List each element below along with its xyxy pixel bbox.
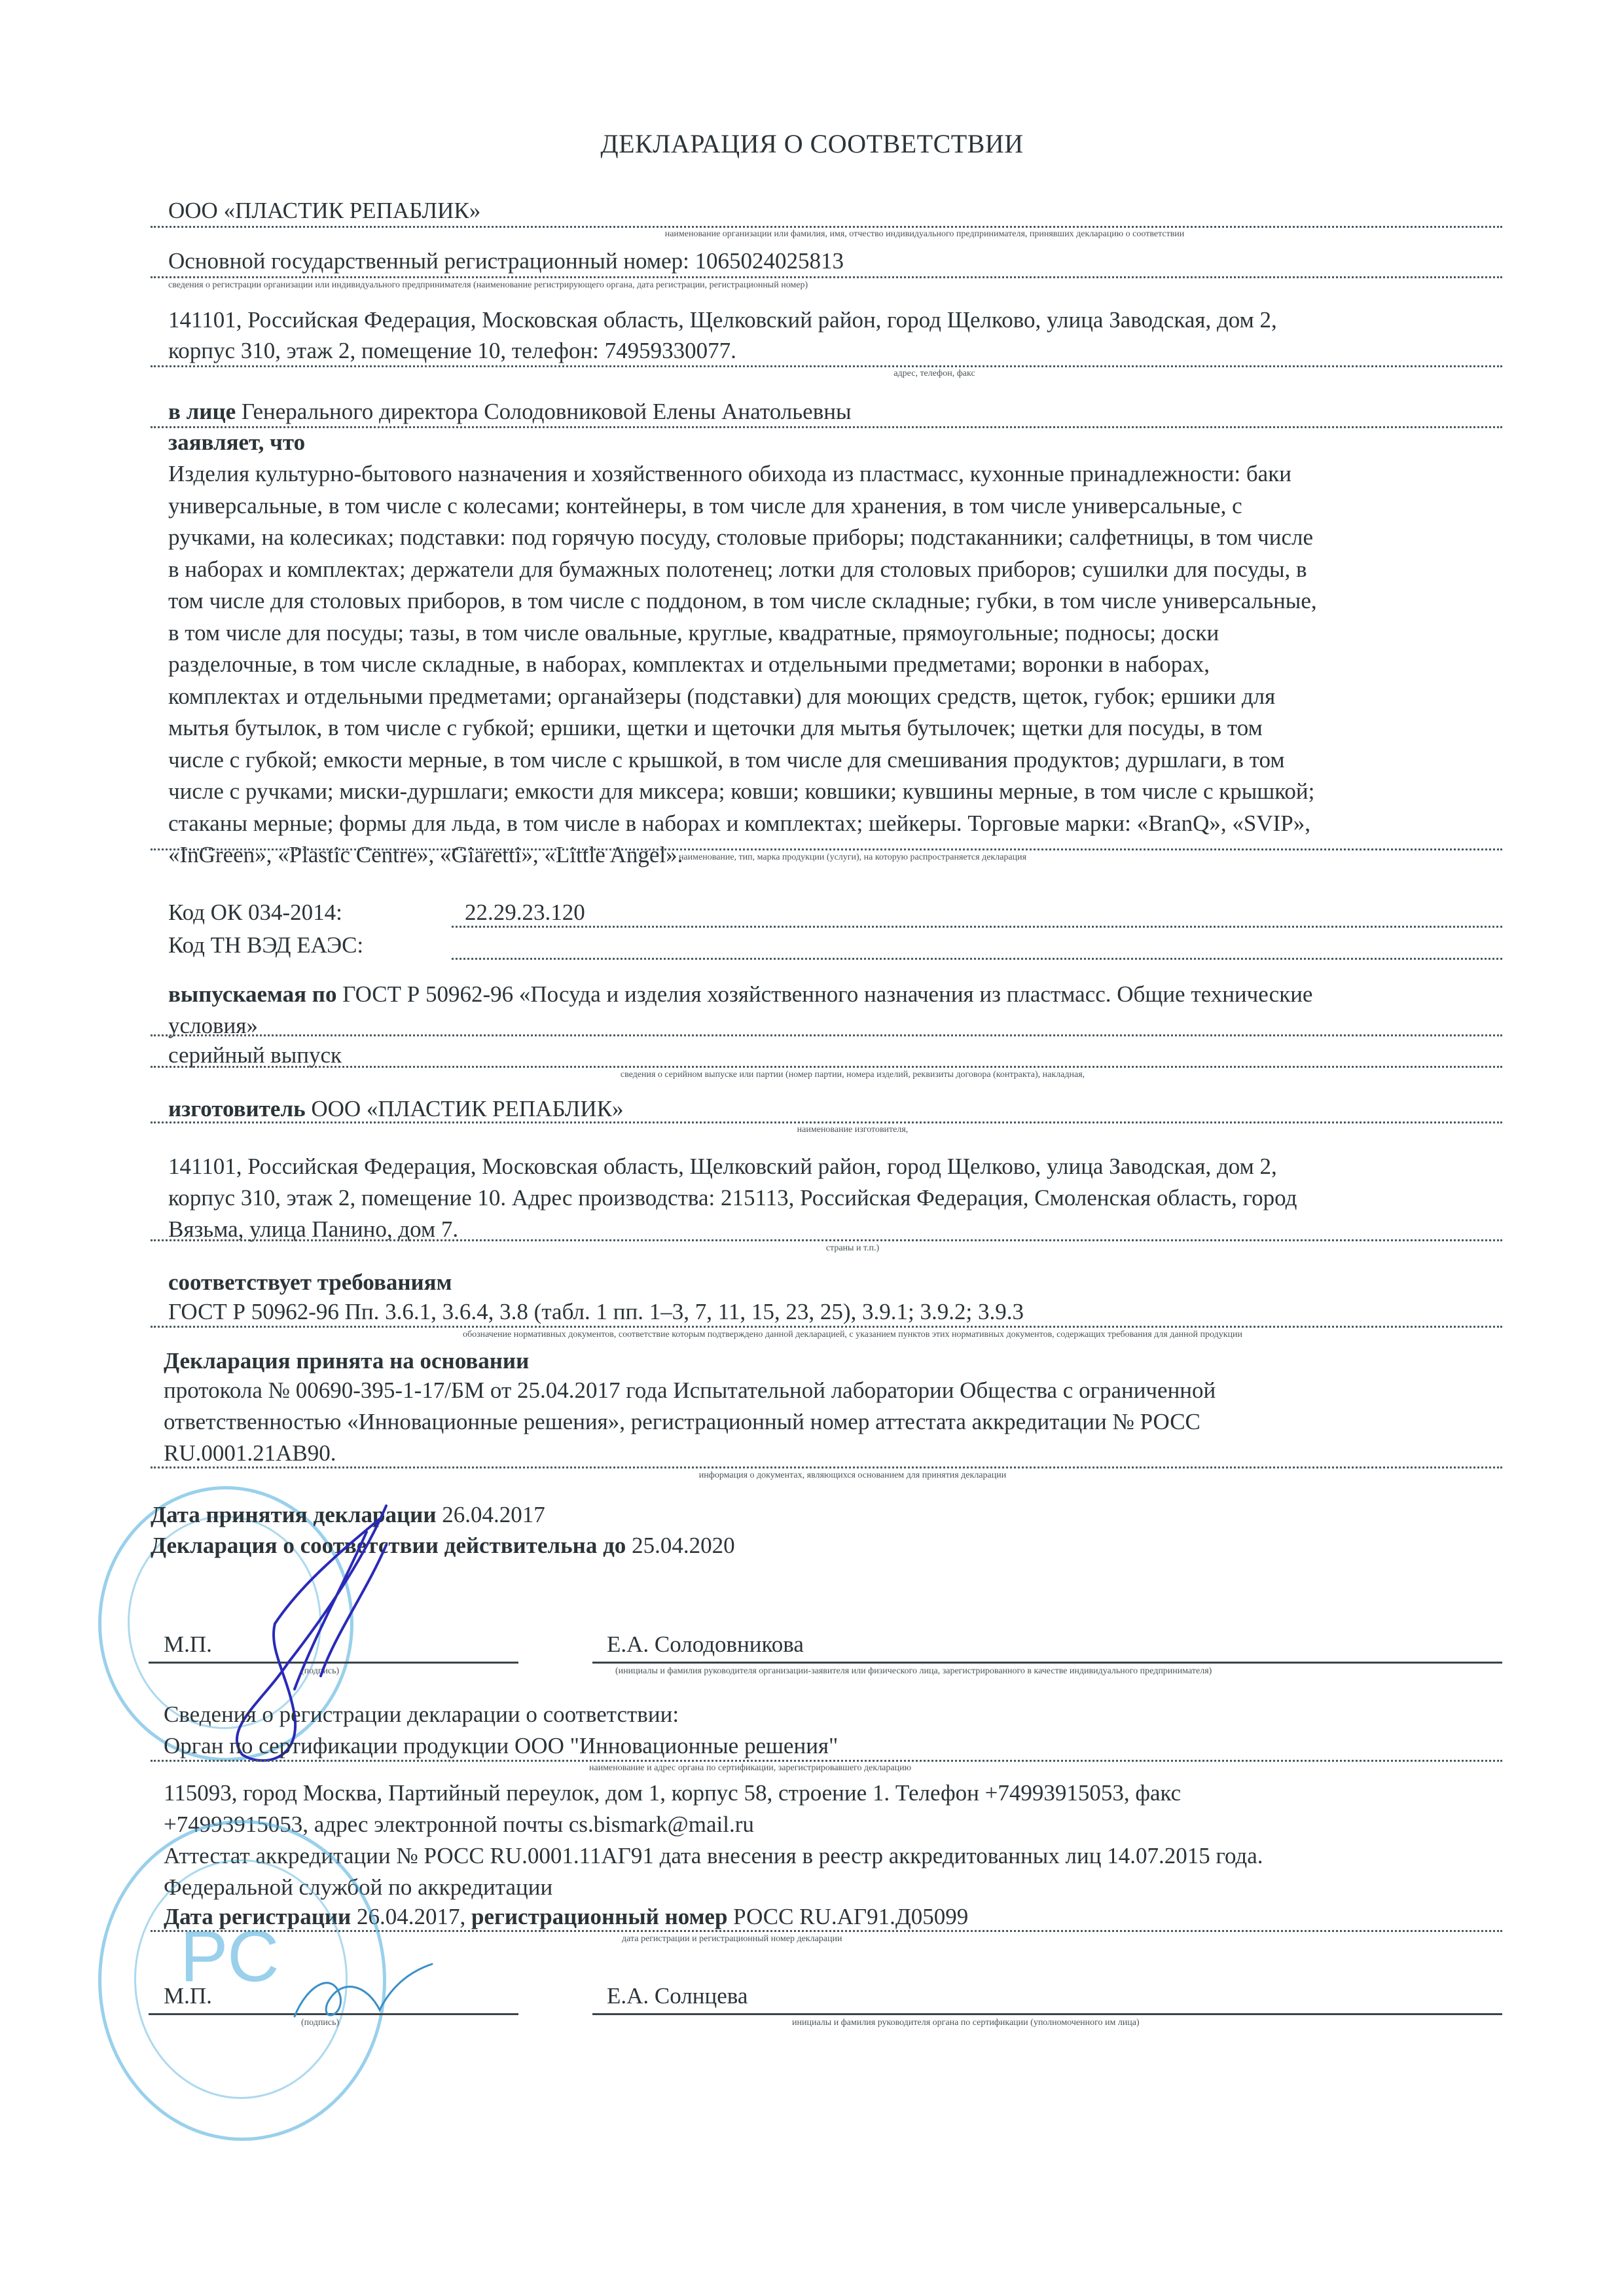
- produced-standard-cont: условия»: [168, 1010, 258, 1042]
- caption: обозначение нормативных документов, соот…: [151, 1330, 1502, 1340]
- basis-line: ответственностью «Инновационные решения»…: [164, 1406, 1200, 1438]
- applicant-address-line: 141101, Российская Федерация, Московская…: [168, 304, 1277, 336]
- manufacturer: изготовитель ООО «ПЛАСТИК РЕПАБЛИК»: [168, 1093, 624, 1125]
- divider: [151, 365, 1502, 367]
- ok-code-value: 22.29.23.120: [465, 897, 585, 928]
- divider: [151, 276, 1502, 278]
- produced-prefix: выпускаемая по: [168, 981, 336, 1007]
- acceptance-date-value: 26.04.2017: [442, 1502, 545, 1527]
- produced-by-standard: выпускаемая по ГОСТ Р 50962-96 «Посуда и…: [168, 979, 1312, 1010]
- represented-name: Генерального директора Солодовниковой Ел…: [242, 399, 852, 424]
- caption: адрес, телефон, факс: [151, 369, 1502, 379]
- caption: (инициалы и фамилия руководителя организ…: [615, 1666, 1212, 1677]
- name-line: [592, 1662, 1502, 1664]
- divider: [151, 1467, 1502, 1468]
- represented-by: в лице Генерального директора Солодовник…: [168, 396, 852, 428]
- signature-scribble: [281, 1958, 452, 2036]
- seal-place-label: М.П.: [164, 1980, 212, 2012]
- product-line: стаканы мерные; формы для льда, в том чи…: [168, 808, 1317, 840]
- validity-date-value: 25.04.2020: [632, 1533, 735, 1558]
- certification-body: Орган по сертификации продукции ООО "Инн…: [164, 1730, 838, 1762]
- product-line: числе с ручками; миски-дуршлаги; емкости…: [168, 776, 1317, 808]
- conformity-label: соответствует требованиям: [168, 1267, 452, 1298]
- divider: [452, 926, 1502, 928]
- divider: [151, 1239, 1502, 1241]
- document-title: ДЕКЛАРАЦИЯ О СООТВЕТСТВИИ: [0, 128, 1624, 159]
- manufacturer-name: ООО «ПЛАСТИК РЕПАБЛИК»: [311, 1096, 623, 1121]
- divider: [151, 226, 1502, 228]
- applicant-address-line: корпус 310, этаж 2, помещение 10, телефо…: [168, 335, 736, 367]
- ogrn: Основной государственный регистрационный…: [168, 246, 844, 277]
- divider: [151, 1066, 1502, 1068]
- caption: сведения о регистрации организации или и…: [168, 280, 808, 291]
- divider: [151, 848, 1502, 850]
- basis-line: протокола № 00690-395-1-17/БМ от 25.04.2…: [164, 1375, 1216, 1406]
- caption: страны и т.п.): [151, 1243, 1502, 1254]
- divider: [151, 1760, 1502, 1762]
- manufacturer-prefix: изготовитель: [168, 1096, 306, 1121]
- product-line: в наборах и комплектах; держатели для бу…: [168, 554, 1317, 586]
- divider: [151, 1034, 1502, 1036]
- caption: дата регистрации и регистрационный номер…: [622, 1934, 842, 1944]
- product-line: в том числе для посуды; тазы, в том числ…: [168, 617, 1317, 649]
- registration-header: Сведения о регистрации декларации о соот…: [164, 1699, 679, 1730]
- conformity-value: ГОСТ Р 50962-96 Пп. 3.6.1, 3.6.4, 3.8 (т…: [168, 1296, 1024, 1328]
- tnved-code-label: Код ТН ВЭД ЕАЭС:: [168, 930, 363, 961]
- applicant-name: ООО «ПЛАСТИК РЕПАБЛИК»: [168, 195, 480, 227]
- product-line: ручками, на колесиках; подставки: под го…: [168, 522, 1317, 554]
- divider: [151, 1326, 1502, 1328]
- product-line: универсальные, в том числе с колесами; к…: [168, 490, 1317, 522]
- produced-standard: ГОСТ Р 50962-96 «Посуда и изделия хозяйс…: [342, 981, 1312, 1007]
- caption: сведения о серийном выпуске или партии (…: [151, 1070, 1502, 1080]
- product-line: комплектах и отдельными предметами; орга…: [168, 681, 1317, 713]
- ok-code-label: Код ОК 034-2014:: [168, 897, 342, 928]
- product-line: числе с губкой; емкости мерные, в том чи…: [168, 744, 1317, 776]
- registration-number-value: РОСС RU.АГ91.Д05099: [733, 1904, 968, 1929]
- caption: наименование и адрес органа по сертифика…: [589, 1763, 911, 1774]
- caption: наименование изготовителя,: [151, 1125, 1502, 1135]
- caption: информация о документах, являющихся осно…: [151, 1470, 1502, 1481]
- basis-label: Декларация принята на основании: [164, 1345, 529, 1377]
- name-line: [592, 2013, 1502, 2015]
- caption: инициалы и фамилия руководителя органа п…: [792, 2018, 1140, 2028]
- certification-address-line: 115093, город Москва, Партийный переулок…: [164, 1777, 1181, 1809]
- product-line: том числе для столовых приборов, в том ч…: [168, 585, 1317, 617]
- product-line: разделочные, в том числе складные, в наб…: [168, 649, 1317, 681]
- declares-label: заявляет, что: [168, 427, 305, 458]
- divider: [151, 1121, 1502, 1123]
- product-line: Изделия культурно-бытового назначения и …: [168, 458, 1317, 490]
- caption: наименование, тип, марка продукции (услу…: [151, 852, 1502, 863]
- products-block: Изделия культурно-бытового назначения и …: [168, 458, 1317, 871]
- registration-number-label: регистрационный номер: [471, 1904, 727, 1929]
- represented-prefix: в лице: [168, 399, 236, 424]
- certifier-name: Е.А. Солнцева: [607, 1980, 748, 2012]
- declarant-name: Е.А. Солодовникова: [607, 1629, 804, 1660]
- divider: [452, 958, 1502, 960]
- manufacturer-address-line: 141101, Российская Федерация, Московская…: [168, 1151, 1277, 1182]
- caption: наименование организации или фамилия, им…: [151, 229, 1502, 240]
- divider: [151, 426, 1502, 428]
- product-line: мытья бутылок, в том числе с губкой; ерш…: [168, 712, 1317, 744]
- manufacturer-address-line: корпус 310, этаж 2, помещение 10. Адрес …: [168, 1182, 1297, 1214]
- basis-line: RU.0001.21AB90.: [164, 1438, 336, 1469]
